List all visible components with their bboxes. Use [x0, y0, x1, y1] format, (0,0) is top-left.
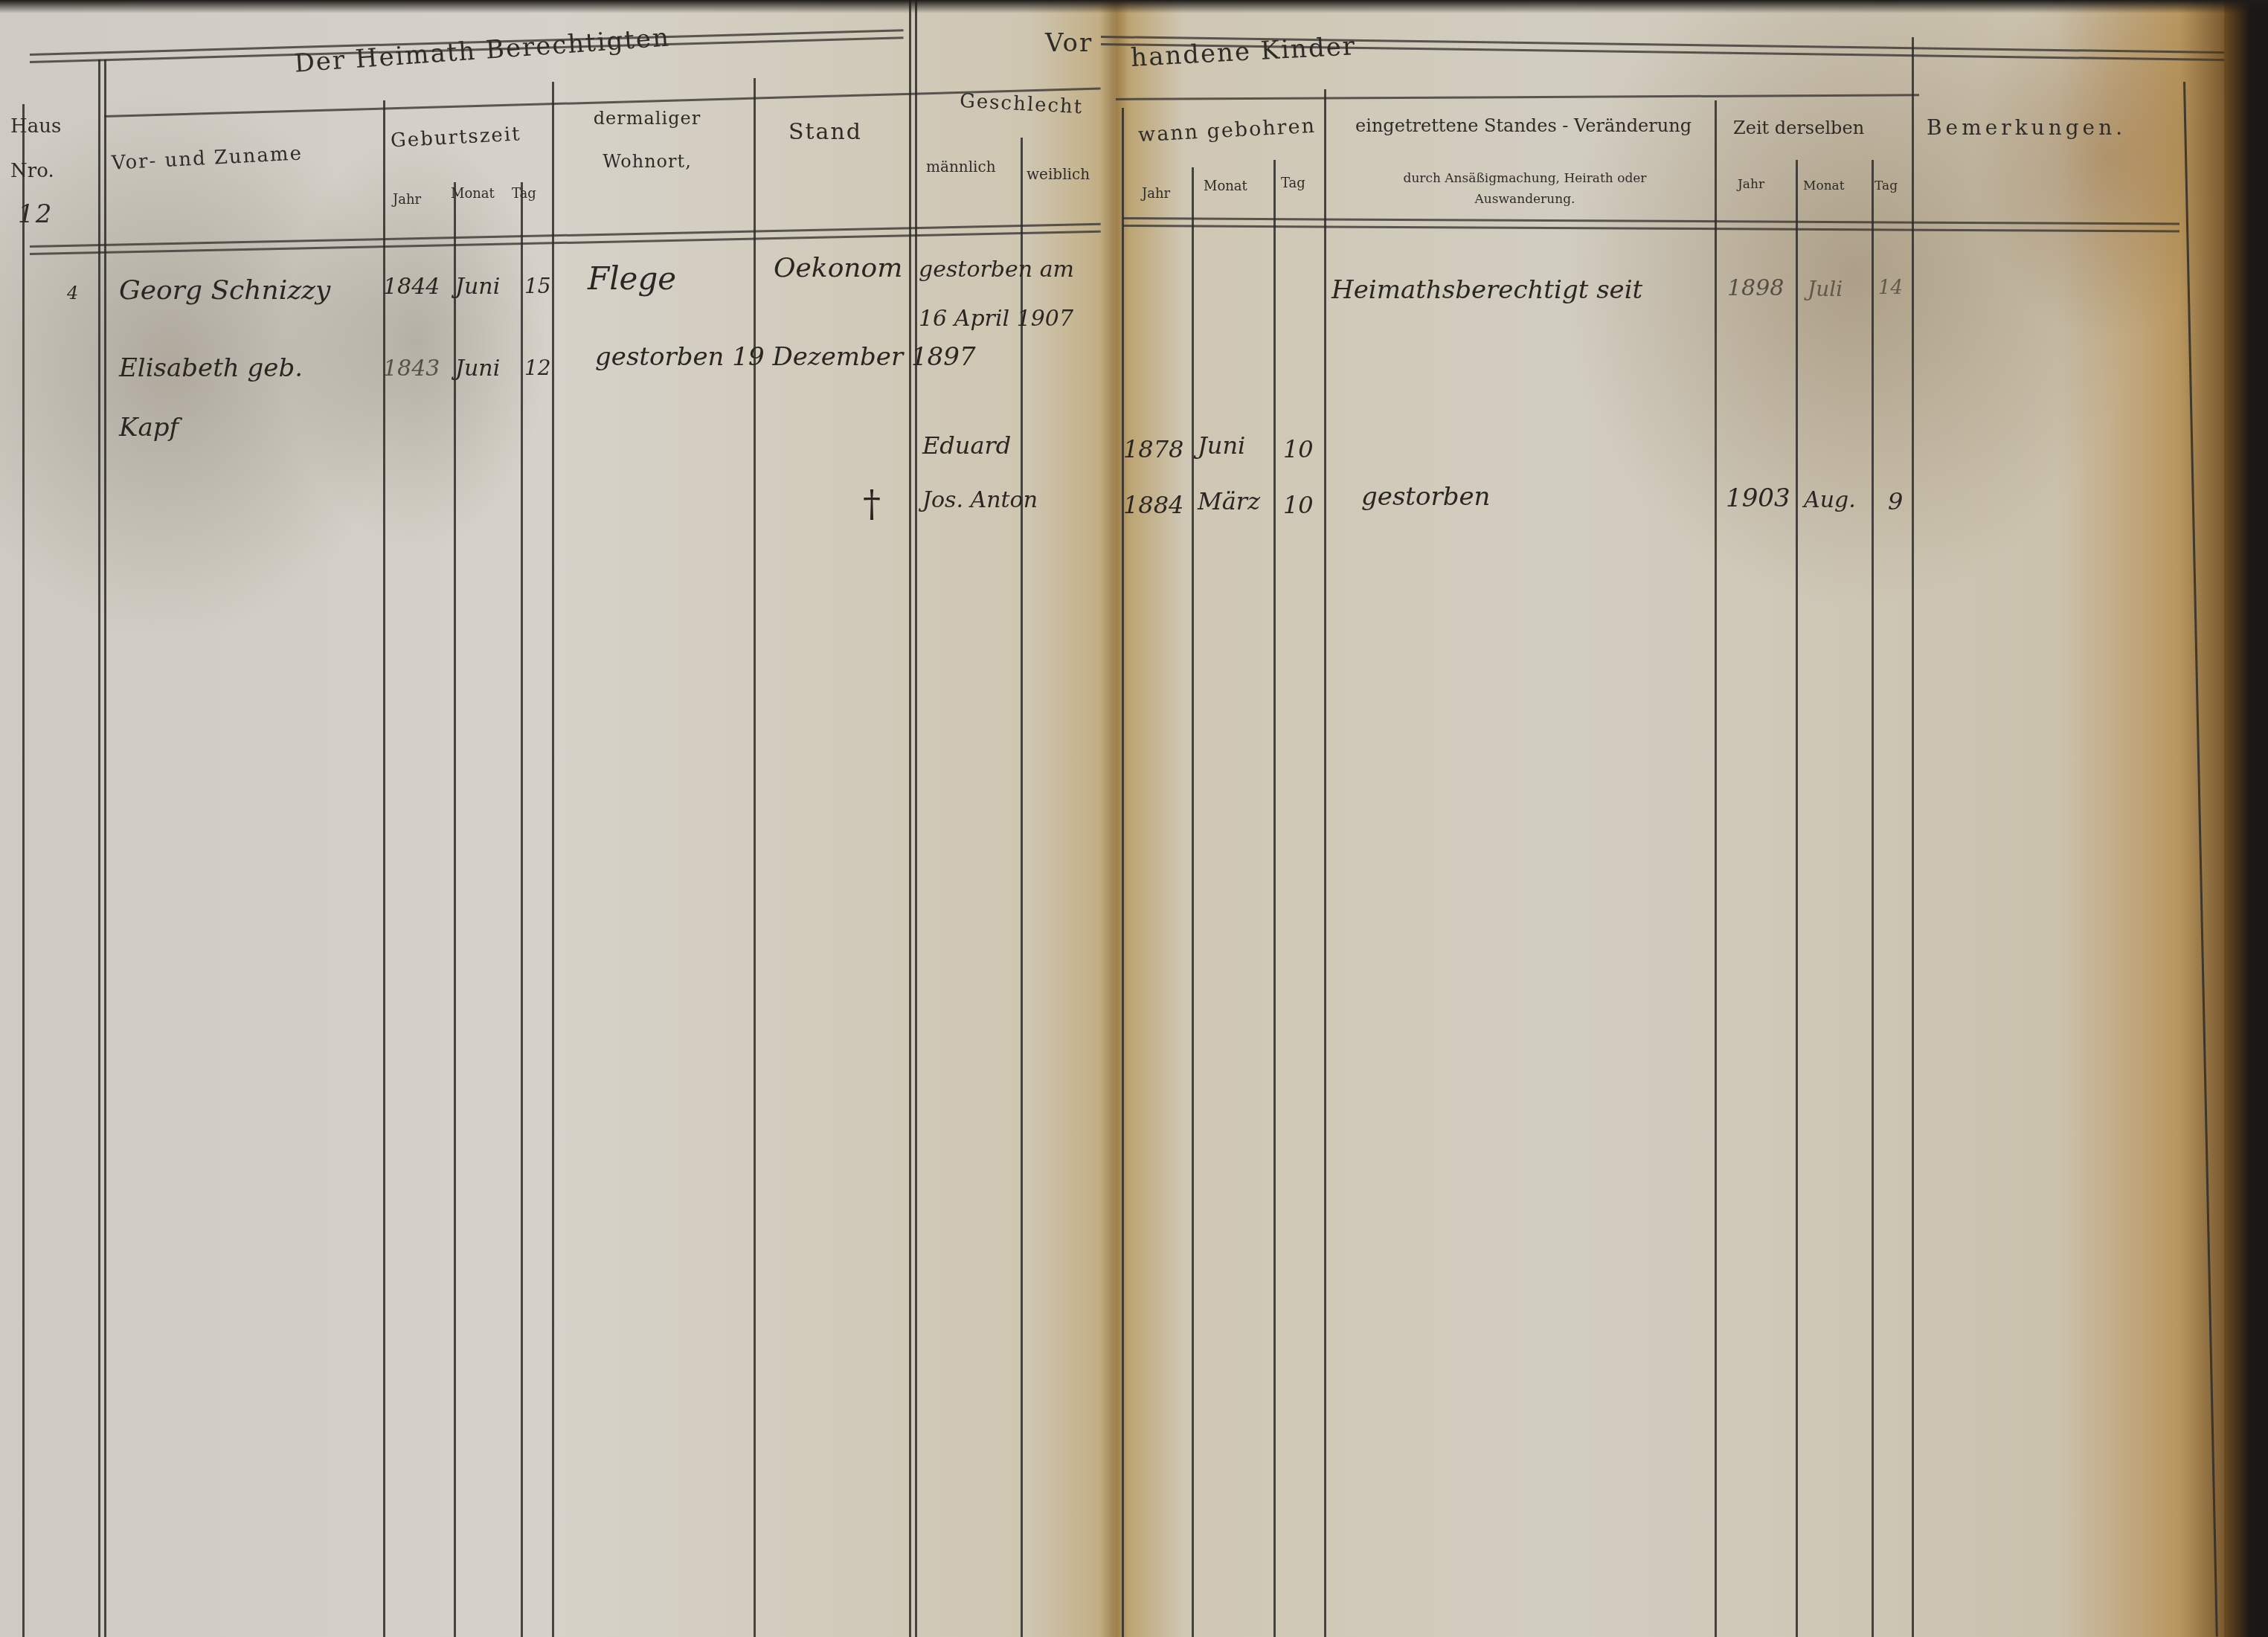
child-name: Jos. Anton	[922, 487, 1038, 513]
entry-change-month: Juli	[1808, 277, 1843, 301]
column-subheader-maennlich: männlich	[926, 158, 996, 176]
entry-margin-mark: 4	[67, 283, 78, 303]
water-stain	[1562, 0, 2142, 610]
entry-change-day: 14	[1878, 277, 1903, 299]
entry-name: Elisabeth geb. Kapf	[119, 338, 342, 457]
deceased-cross-icon: †	[863, 483, 881, 525]
column-subheader-jahr: Jahr	[1738, 177, 1764, 192]
column-subheader-tag: Tag	[1281, 176, 1305, 191]
column-rule	[1021, 138, 1023, 1637]
column-subheader-tag: Tag	[512, 186, 536, 202]
right-page	[1116, 0, 2224, 1637]
top-shadow	[0, 0, 2268, 13]
column-subheader-monat: Monat	[1803, 179, 1845, 193]
child-change-year: 1903	[1726, 483, 1790, 513]
entry-birth-day: 15	[524, 274, 551, 298]
column-rule	[521, 182, 523, 1637]
column-rule	[22, 104, 25, 1637]
column-subheader-weiblich: weiblich	[1027, 165, 1090, 183]
entry-death-note: gestorben 19 Dezember 1897	[595, 342, 976, 372]
column-rule	[909, 0, 911, 1637]
column-subheader-tag: Tag	[1875, 179, 1898, 193]
child-standes-veraenderung: gestorben	[1361, 482, 1491, 512]
entry-birth-month: Juni	[455, 274, 500, 300]
entry-name: Georg Schnizzy	[119, 275, 330, 306]
column-rule	[104, 60, 106, 1637]
child-birth-day: 10	[1283, 435, 1314, 463]
register-book-spread: Der Heimath Berechtigten Vor Haus Nro. V…	[0, 0, 2268, 1637]
column-rule	[454, 182, 456, 1637]
entry-birth-day: 12	[524, 356, 551, 380]
column-header-standes-veraenderung: eingetrettene Standes - Veränderung	[1355, 115, 1692, 136]
column-rule	[1796, 160, 1798, 1637]
title-vor: Vor	[1045, 28, 1093, 58]
book-gutter	[1099, 0, 1129, 1637]
entry-birth-year: 1843	[383, 356, 440, 382]
child-change-day: 9	[1888, 487, 1903, 515]
column-header-haus-nr: Haus Nro.	[10, 104, 92, 193]
child-change-month: Aug.	[1804, 487, 1856, 513]
column-subheader-monat: Monat	[1204, 179, 1247, 194]
column-subheader-durch: durch Ansäßigmachung, Heirath oder Auswa…	[1361, 168, 1689, 210]
column-rule	[1912, 37, 1914, 1637]
column-subheader-jahr: Jahr	[393, 192, 421, 208]
column-rule	[552, 82, 554, 1637]
entry-change-year: 1898	[1727, 275, 1784, 301]
column-rule	[383, 100, 385, 1637]
column-rule	[754, 78, 756, 1637]
entry-wohnort: Flege	[588, 260, 676, 297]
haus-nr-value: 12	[18, 199, 53, 229]
child-birth-year: 1884	[1123, 491, 1183, 519]
column-subheader-monat: Monat	[451, 186, 495, 202]
entry-stand: Oekonom	[774, 253, 902, 283]
column-rule	[1872, 160, 1874, 1637]
child-birth-year: 1878	[1123, 435, 1183, 463]
column-header-bemerkungen: Bemerkungen.	[1927, 115, 2126, 140]
column-rule	[915, 0, 917, 1637]
entry-birth-year: 1844	[383, 274, 440, 300]
column-rule	[1192, 167, 1194, 1637]
column-header-wohnort: dermaliger Wohnort,	[573, 97, 722, 183]
column-rule	[98, 60, 100, 1637]
column-header-stand: Stand	[788, 119, 862, 145]
child-birth-month: März	[1198, 487, 1260, 515]
book-edge	[2224, 0, 2268, 1637]
column-rule	[1273, 160, 1276, 1637]
entry-standes-veraenderung: Heimathsberechtigt seit	[1331, 275, 1642, 305]
child-name: Eduard	[922, 431, 1011, 460]
column-header-zeit-derselben: Zeit derselben	[1733, 118, 1864, 138]
column-rule	[1122, 108, 1124, 1637]
child-birth-day: 10	[1283, 491, 1314, 519]
entry-death-note: gestorben am 16 April 1907	[919, 245, 1097, 344]
entry-birth-month: Juni	[455, 356, 500, 382]
child-birth-month: Juni	[1198, 431, 1245, 460]
column-rule	[1715, 100, 1717, 1637]
column-rule	[1324, 89, 1326, 1637]
column-subheader-jahr: Jahr	[1142, 186, 1170, 202]
